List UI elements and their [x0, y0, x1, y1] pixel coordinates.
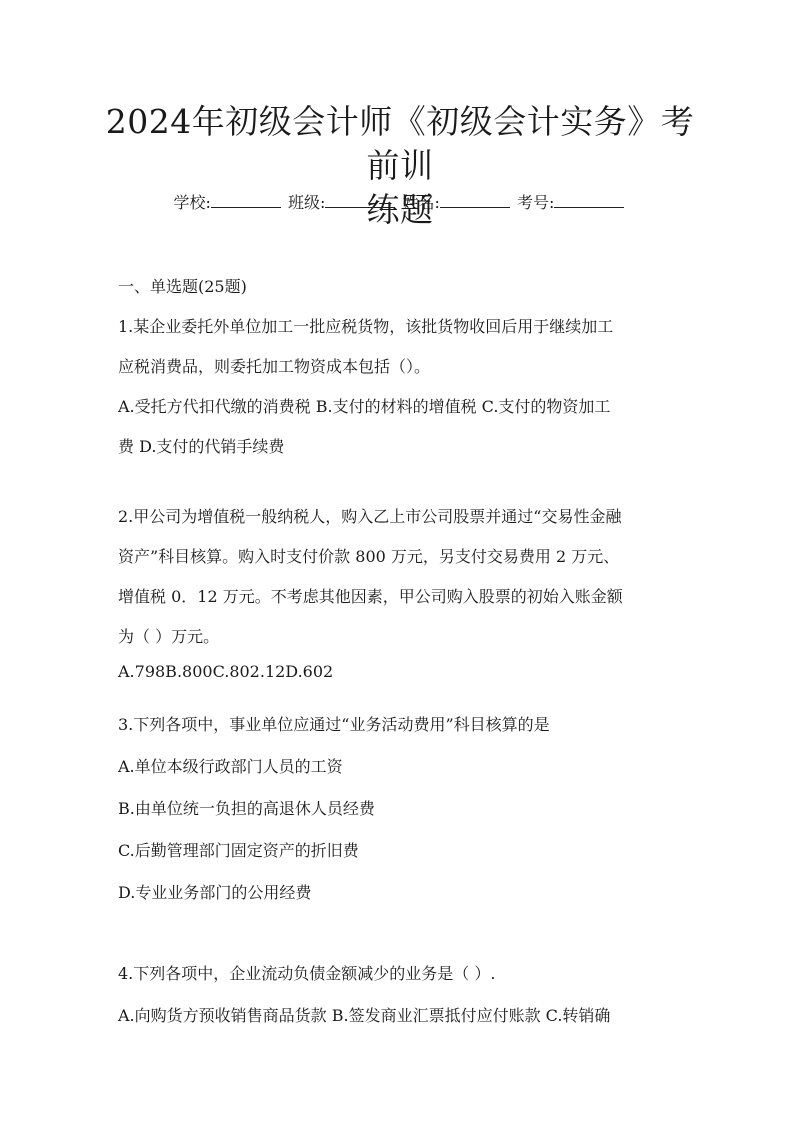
field-label-school: 学校: — [174, 193, 211, 212]
question-2-line-3: 增值税 0．12 万元。不考虑其他因素，甲公司购入股票的初始入账金额 — [118, 586, 623, 608]
field-blank-name — [440, 193, 510, 208]
question-3-option-c: C.后勤管理部门固定资产的折旧费 — [118, 840, 359, 862]
section-heading: 一、单选题(25题) — [118, 276, 247, 298]
student-info-fields: 学校: 班级: 姓名: 考号: — [100, 192, 700, 214]
question-1-line-1: 1.某企业委托外单位加工一批应税货物，该批货物收回后用于继续加工 — [118, 316, 613, 338]
field-blank-school — [211, 193, 281, 208]
question-2-line-4: 为（ ）万元。 — [118, 626, 219, 648]
question-2-line-2: 资产”科目核算。购入时支付价款 800 万元，另支付交易费用 2 万元、 — [118, 546, 619, 568]
question-2-line-1: 2.甲公司为增值税一般纳税人，购入乙上市公司股票并通过“交易性金融 — [118, 506, 621, 528]
document-page: 2024年初级会计师《初级会计实务》考前训 练题 学校: 班级: 姓名: 考号:… — [0, 0, 800, 1130]
question-2-options: A.798B.800C.802.12D.602 — [118, 661, 333, 683]
question-1-options-line-1: A.受托方代扣代缴的消费税 B.支付的材料的增值税 C.支付的物资加工 — [118, 396, 610, 418]
question-3-option-d: D.专业业务部门的公用经费 — [118, 882, 311, 904]
question-3-option-a: A.单位本级行政部门人员的工资 — [118, 756, 343, 778]
field-label-exam-number: 考号: — [517, 193, 554, 212]
question-3-option-b: B.由单位统一负担的高退休人员经费 — [118, 798, 375, 820]
question-1-options-line-2: 费 D.支付的代销手续费 — [118, 436, 284, 458]
title-line-1: 2024年初级会计师《初级会计实务》考前训 — [100, 100, 700, 188]
question-1-line-2: 应税消费品，则委托加工物资成本包括（）。 — [118, 356, 430, 378]
field-label-class: 班级: — [288, 193, 325, 212]
field-blank-class — [325, 193, 395, 208]
question-3-stem: 3.下列各项中，事业单位应通过“业务活动费用”科目核算的是 — [118, 714, 550, 736]
question-4-options-line-1: A.向购货方预收销售商品货款 B.签发商业汇票抵付应付账款 C.转销确 — [118, 1005, 610, 1027]
question-4-stem: 4.下列各项中，企业流动负债金额减少的业务是（ ）. — [118, 963, 495, 985]
field-label-name: 姓名: — [403, 193, 440, 212]
field-blank-exam-number — [554, 193, 624, 208]
